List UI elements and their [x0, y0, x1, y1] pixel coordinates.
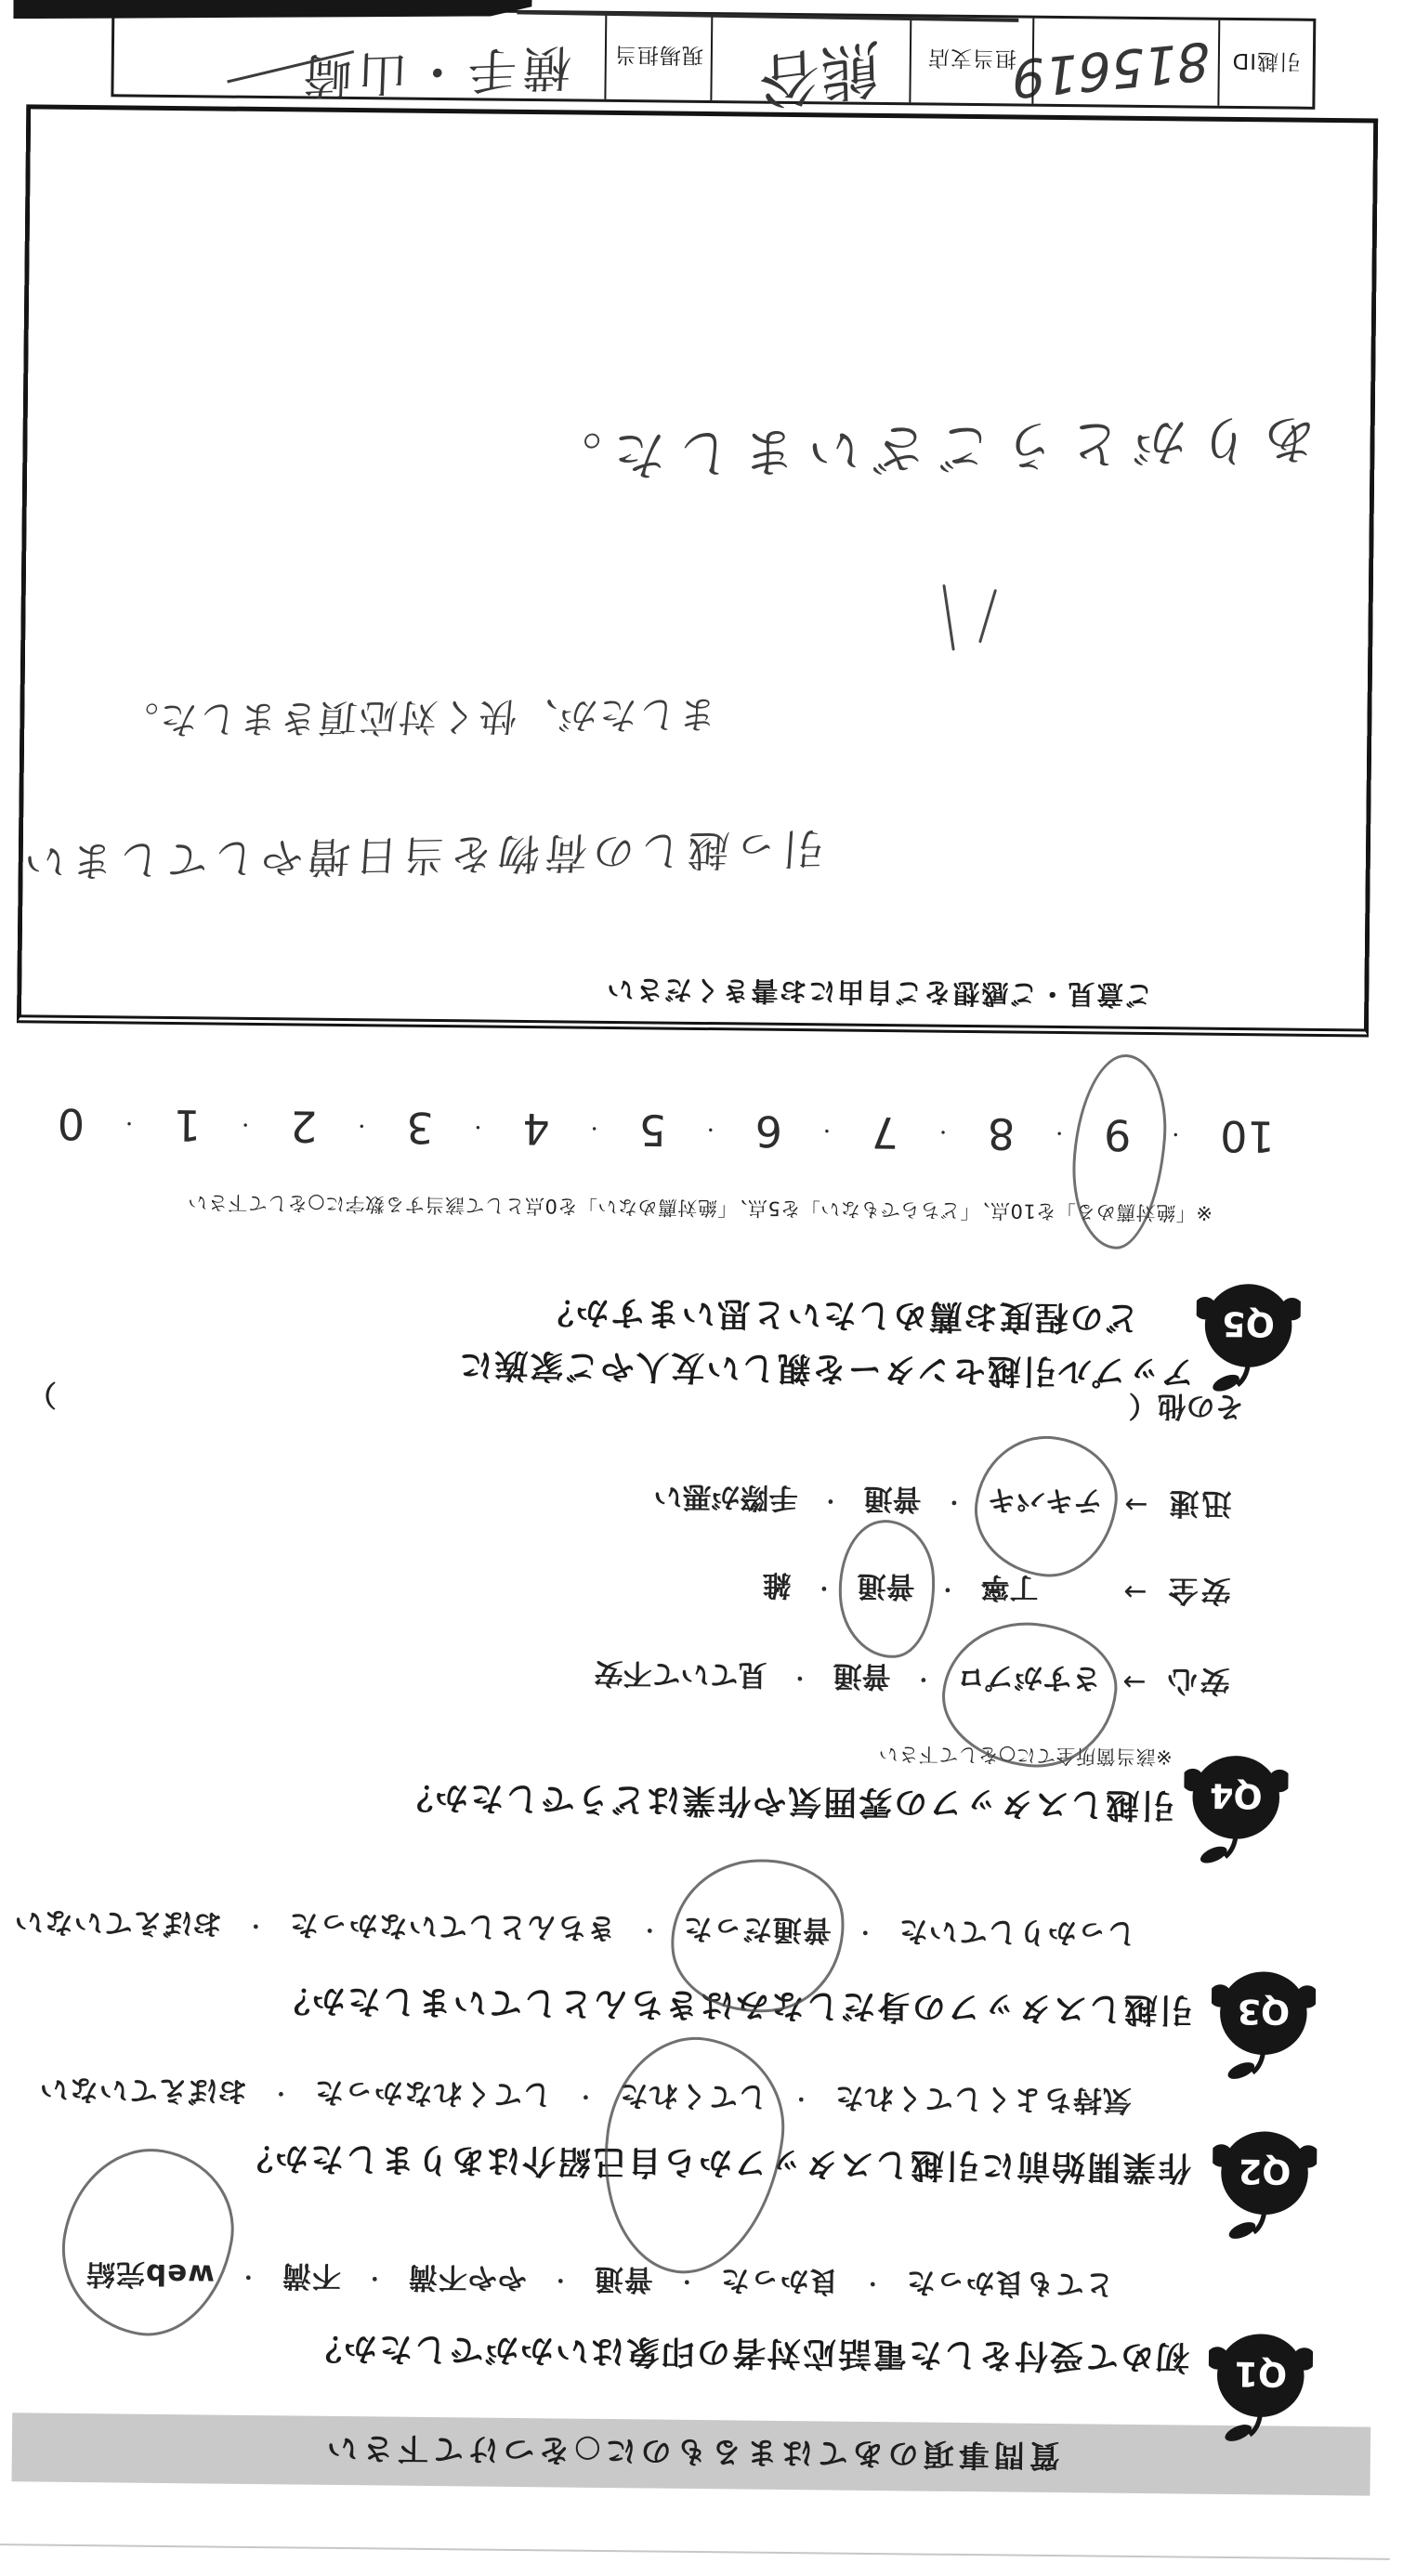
- scale-number: 2: [290, 1101, 318, 1151]
- scale-separator: ・: [1167, 1123, 1185, 1148]
- arrow-right: →: [1124, 1488, 1148, 1521]
- q4-row-jinsoku: 迅速 → テキパキ ・ 普通 ・ 手際が悪い: [653, 1478, 1232, 1527]
- scale-separator: ・: [701, 1118, 719, 1143]
- scale-number: 4: [522, 1104, 550, 1154]
- q4-apple-icon: Q4: [1184, 1749, 1289, 1863]
- q4-other-close: ）: [27, 1376, 56, 1418]
- scanned-survey-sheet: 質問事項のあてはまるものに○をつけて下さい Q1 初めて受付をした電話応対者の印…: [0, 0, 1403, 2576]
- q4-row-anshin: 安心 → さすがプロ ・ 普通 ・ 見ていて不安: [594, 1655, 1230, 1705]
- handwritten-comment-line3: ありがとうございました。: [534, 404, 1318, 500]
- q4-circled-answer: 普通: [857, 1568, 914, 1611]
- q3-question: 引越しスタッフの身だしなみはきちんとしていましたか？: [275, 1979, 1193, 2035]
- q4-option: 普通: [863, 1481, 921, 1523]
- scale-separator: ・: [237, 1113, 255, 1138]
- q4-option: 手際が悪い: [653, 1479, 797, 1523]
- q4-circled-answer: テキパキ: [987, 1483, 1102, 1525]
- q3-option: おぼえていない: [14, 1903, 222, 1947]
- option-separator: ・: [913, 1666, 933, 1693]
- option-separator: ・: [938, 1576, 957, 1604]
- option-separator: ・: [820, 1487, 840, 1515]
- scan-edge-line: [0, 2543, 1390, 2560]
- q1-circled-answer: web完結: [85, 2256, 215, 2298]
- q1-options: とても良かった ・ 良かった ・ 普通 ・ やや不満 ・ 不満 ・ web完結: [85, 2256, 1114, 2308]
- scale-separator: ・: [469, 1116, 487, 1141]
- scale-number: 5: [638, 1105, 666, 1155]
- q3-apple-icon: Q3: [1211, 1966, 1316, 2080]
- scale-number: 0: [58, 1099, 85, 1149]
- q3-option: しっかりしていた: [898, 1913, 1135, 1957]
- scale-separator: ・: [120, 1112, 138, 1137]
- arrow-right: →: [1123, 1576, 1147, 1608]
- scale-separator: ・: [934, 1120, 951, 1145]
- comment-box-label: ご意見・ご感想をご自由にお書きください: [605, 972, 1152, 1015]
- upside-down-page: 質問事項のあてはまるものに○をつけて下さい Q1 初めて受付をした電話応対者の印…: [0, 0, 1403, 2576]
- q4-question: 引越しスタッフの雰囲気や作業はどうでしたか？: [398, 1776, 1175, 1832]
- q4-circled-answer: さすがプロ: [956, 1659, 1100, 1703]
- q4-option: 丁寧: [980, 1570, 1038, 1613]
- q1-apple-icon: Q1: [1208, 2328, 1313, 2442]
- form-title: 質問事項のあてはまるものに○をつけて下さい: [322, 2428, 1060, 2479]
- scale-number: 6: [754, 1106, 782, 1157]
- table-label-cell: 引越ID: [1219, 20, 1313, 107]
- q1-option: とても良かった: [906, 2264, 1114, 2308]
- site-staff-handwritten-value: 横手・山崎: [295, 36, 572, 115]
- q2-badge: Q2: [1239, 2151, 1292, 2192]
- branch-handwritten-value: 熊谷: [758, 28, 882, 132]
- q5-note: ※「絶対薦める」を10点、「どちらでもない」を5点、「絶対薦めない」を0点として…: [188, 1189, 1213, 1228]
- q5-question-line2: どの程度お薦めしたいと思いますか？: [538, 1290, 1139, 1344]
- table-value-cell: 熊谷: [712, 15, 911, 102]
- handwritten-comment-line2: ましたが、快く対応頂きました。: [115, 689, 720, 751]
- option-separator: ・: [238, 2264, 258, 2292]
- scale-separator: ・: [1050, 1121, 1068, 1146]
- scale-circled-9: 9: [1104, 1110, 1132, 1160]
- q4-badge: Q4: [1210, 1775, 1263, 1816]
- option-separator: ・: [790, 1665, 809, 1693]
- q1-option: 不満: [282, 2257, 341, 2300]
- q4-note: ※該当箇所全てに○をして下さい: [878, 1741, 1173, 1772]
- q5-rating-scale: 10 ・ 9 ・ 8 ・ 7 ・ 6 ・ 5 ・ 4 ・ 3 ・ 2 ・ 1 ・…: [58, 1099, 1275, 1162]
- site-staff-label: 現場担当: [614, 41, 703, 72]
- option-separator: ・: [550, 2268, 570, 2295]
- table-value-cell: 横手・山崎: [113, 8, 607, 99]
- q1-option: やや不満: [408, 2259, 527, 2302]
- scale-number: 1: [174, 1100, 202, 1150]
- q4-row-label: 安全: [1165, 1571, 1230, 1615]
- q1-question: 初めて受付をした電話応対者の印象はいかがでしたか？: [307, 2327, 1189, 2384]
- moving-id-handwritten-value: 815619: [1008, 29, 1214, 109]
- q1-option: 普通: [594, 2261, 653, 2304]
- table-label-cell: 現場担当: [606, 14, 713, 100]
- scale-separator: ・: [818, 1119, 835, 1144]
- option-separator: ・: [862, 2270, 883, 2298]
- q2-apple-icon: Q2: [1212, 2125, 1317, 2240]
- option-separator: ・: [364, 2266, 385, 2294]
- q4-option: 雑: [762, 1567, 791, 1609]
- q2-circled-answer: してくれた: [619, 2077, 767, 2121]
- handwritten-stray-mark: [905, 576, 1008, 651]
- handwritten-comment-line1: 引っ越しの荷物を当日増やしてしまい: [17, 821, 826, 896]
- option-separator: ・: [639, 1917, 660, 1945]
- scale-separator: ・: [353, 1115, 371, 1140]
- q4-option: 普通: [833, 1658, 890, 1701]
- option-separator: ・: [575, 2084, 596, 2112]
- moving-id-label: 引越ID: [1231, 47, 1301, 79]
- q1-badge: Q1: [1234, 2354, 1287, 2395]
- q4-option: 見ていて不安: [594, 1655, 767, 1699]
- branch-label: 担当支店: [927, 45, 1016, 76]
- scale-number: 3: [406, 1103, 434, 1153]
- q2-question: 作業開始前に引越しスタッフから自己紹介はありましたか？: [238, 2137, 1191, 2194]
- option-separator: ・: [676, 2269, 697, 2296]
- arrow-right: →: [1122, 1666, 1147, 1698]
- table-label-cell: 担当支店: [911, 17, 1034, 103]
- q4-row-anzen: 安全 → 丁寧 ・ 普通 ・ 雑: [762, 1567, 1231, 1615]
- q5-question-line1: アップル引越センターを親しい友人やご家族に: [457, 1343, 1194, 1398]
- option-separator: ・: [791, 2086, 811, 2114]
- q4-row-label: 安心: [1164, 1661, 1229, 1705]
- q5-badge: Q5: [1222, 1303, 1275, 1344]
- q4-row-label: 迅速: [1166, 1484, 1231, 1527]
- staff-use-table: 引越ID 815619 担当支店 熊谷 現場担当 横手・山崎: [111, 6, 1316, 110]
- q5-apple-icon: Q5: [1196, 1278, 1301, 1393]
- form-title-bar: 質問事項のあてはまるものに○をつけて下さい: [11, 2413, 1370, 2495]
- q2-option: おぼえていない: [39, 2072, 247, 2115]
- table-value-cell: 815619: [1033, 19, 1220, 106]
- scale-separator: ・: [585, 1117, 603, 1142]
- option-separator: ・: [944, 1489, 964, 1517]
- q3-circled-answer: 普通だった: [683, 1911, 832, 1955]
- option-separator: ・: [814, 1575, 833, 1602]
- q2-option: してくれなかった: [314, 2074, 552, 2119]
- scale-number: 8: [988, 1108, 1016, 1158]
- q2-option: 気持ちよくしてくれた: [834, 2080, 1132, 2125]
- option-separator: ・: [270, 2081, 291, 2109]
- comment-box: ご意見・ご感想をご自由にお書きください 引っ越しの荷物を当日増やしてしまい まし…: [17, 104, 1378, 1037]
- q1-option: 良かった: [720, 2262, 839, 2305]
- option-separator: ・: [245, 1913, 266, 1941]
- q3-options: しっかりしていた ・ 普通だった ・ きちんとしていなかった ・ おぼえていない: [14, 1903, 1136, 1957]
- scale-number: 7: [872, 1107, 899, 1157]
- option-separator: ・: [855, 1919, 875, 1947]
- q3-option: きちんとしていなかった: [289, 1906, 616, 1952]
- scale-number: 10: [1220, 1111, 1275, 1162]
- q3-badge: Q3: [1237, 1992, 1290, 2033]
- q2-options: 気持ちよくしてくれた ・ してくれた ・ してくれなかった ・ おぼえていない: [39, 2072, 1132, 2125]
